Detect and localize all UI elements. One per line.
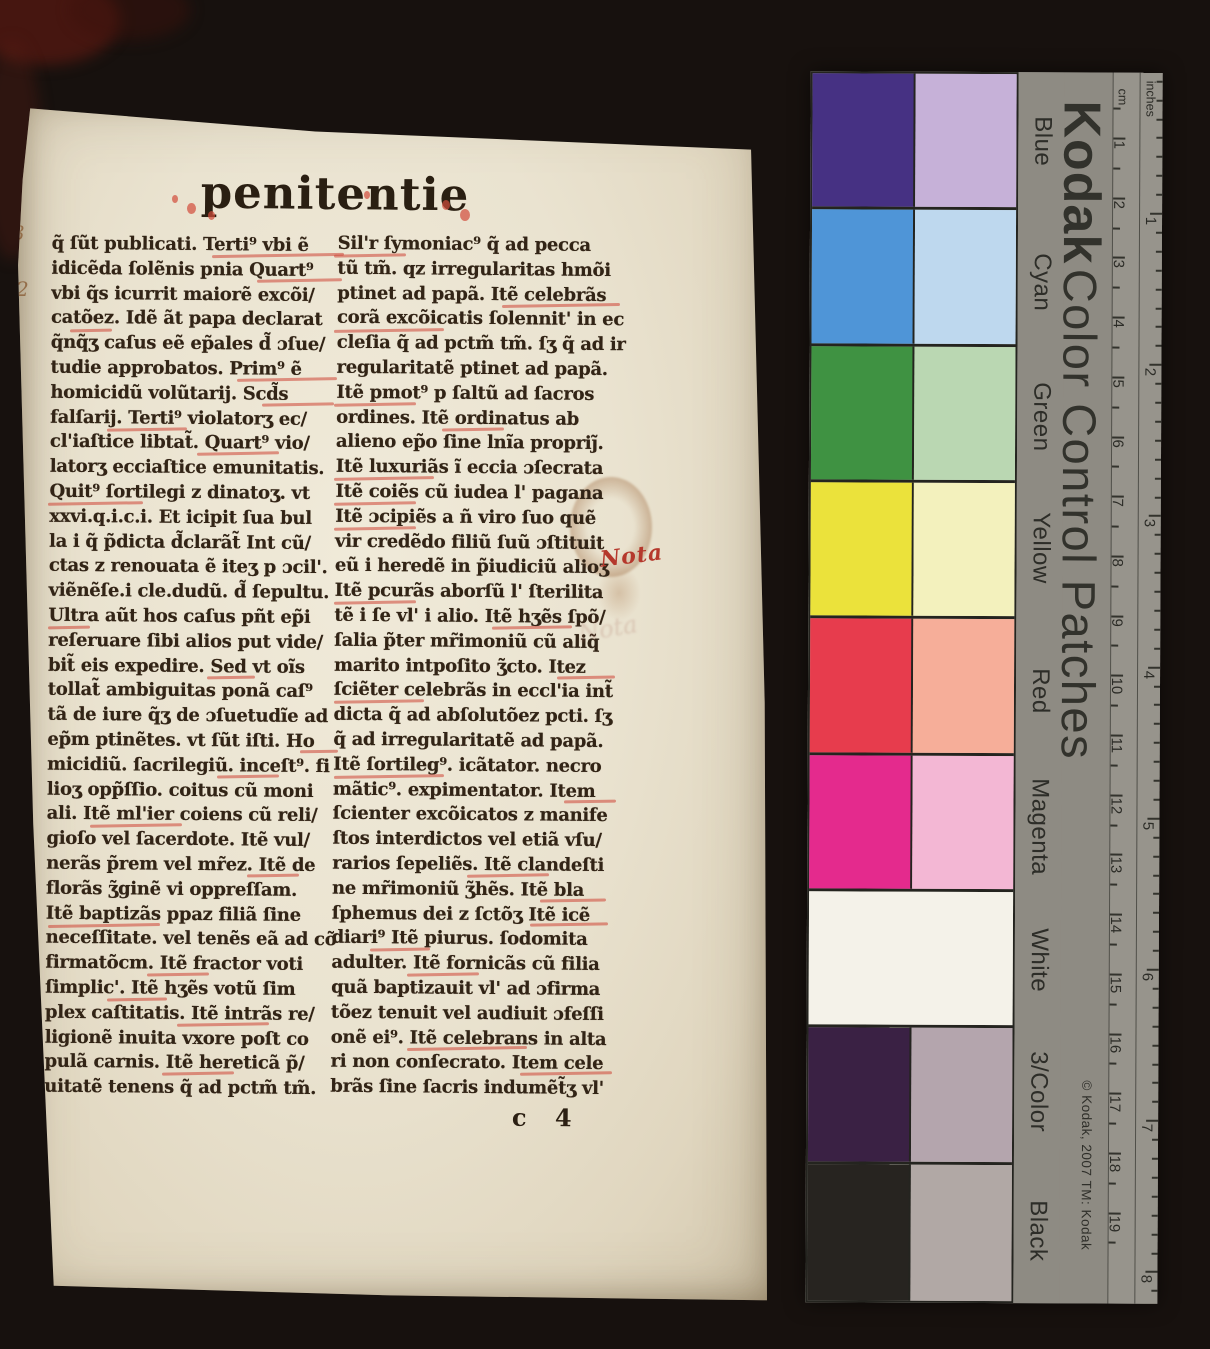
patch-row-3/color <box>808 1028 1013 1165</box>
inch-minor-tick <box>1156 288 1162 290</box>
cm-half-tick <box>1114 108 1121 110</box>
patch-dark <box>810 482 914 616</box>
cm-tick <box>1109 1033 1121 1035</box>
inch-minor-tick <box>1151 1290 1157 1292</box>
inch-tick <box>1149 364 1161 366</box>
cm-half-tick <box>1111 645 1118 647</box>
inches-label: inches <box>1143 81 1157 117</box>
inch-minor-tick <box>1154 591 1160 593</box>
inch-minor-tick <box>1156 118 1162 120</box>
cm-half-tick <box>1110 1003 1117 1005</box>
patch-label: Magenta <box>1025 779 1053 876</box>
cm-tick <box>1113 197 1125 199</box>
patch-light <box>911 1028 1013 1162</box>
inch-tick <box>1149 515 1161 517</box>
text-line: dicta q̃ ad abſolutõez pcti. ſʒ <box>333 703 633 730</box>
inch-tick <box>1147 969 1159 971</box>
text-line: alieno ep̃o ſine lnĩa proprij̃. <box>336 430 636 457</box>
inch-minor-tick <box>1157 99 1163 101</box>
text-line: neceſſitate. vel tenẽs eã ad cõ <box>46 926 346 953</box>
cm-half-tick <box>1112 406 1119 408</box>
cm-number: 7 <box>1109 499 1126 507</box>
inch-minor-tick <box>1152 1214 1158 1216</box>
inch-minor-tick <box>1155 496 1161 498</box>
inch-minor-tick <box>1152 1233 1158 1235</box>
patch-row-blue <box>812 73 1017 210</box>
patch-label: White <box>1025 928 1053 992</box>
cm-tick <box>1112 555 1124 557</box>
inch-minor-tick <box>1156 156 1162 158</box>
cm-tick <box>1112 436 1124 438</box>
patch-row-green <box>811 346 1016 483</box>
inch-minor-tick <box>1154 704 1160 706</box>
text-line: nerãs p̃rem vel mr̃ez. Itẽ de <box>46 852 346 879</box>
cm-number: 13 <box>1107 857 1124 874</box>
text-line: latorʒ ecciaſtice emunitatis. <box>50 455 350 482</box>
inch-minor-tick <box>1152 1139 1158 1141</box>
margin-number: 2 <box>16 277 29 301</box>
patch-row-magenta <box>809 755 1014 892</box>
patch-light <box>915 210 1017 344</box>
cm-number: 12 <box>1107 797 1124 814</box>
inch-minor-tick <box>1153 912 1159 914</box>
inch-tick <box>1146 1120 1158 1122</box>
manuscript-page: penitentie 3 2 q̃ ſũt publicati. Terti⁹ … <box>12 95 770 1310</box>
patch-light <box>912 755 1014 889</box>
cm-half-tick <box>1113 287 1120 289</box>
cm-tick <box>1111 794 1123 796</box>
cm-tick <box>1109 1212 1121 1214</box>
inch-minor-tick <box>1154 761 1160 763</box>
cm-number: 2 <box>1110 200 1127 208</box>
inch-tick <box>1148 666 1160 668</box>
cm-half-tick <box>1109 1123 1116 1125</box>
inch-minor-tick <box>1156 269 1162 271</box>
inch-minor-tick <box>1153 836 1159 838</box>
quire-signature: c 4 <box>512 1103 582 1133</box>
cm-half-tick <box>1112 346 1119 348</box>
inch-number: 7 <box>1138 1124 1155 1132</box>
kodak-title: Kodak Color Control Patches <box>1049 100 1112 760</box>
cm-number: 6 <box>1109 439 1126 447</box>
kodak-title-rest: Color Control Patches <box>1052 269 1107 760</box>
inch-minor-tick <box>1155 458 1161 460</box>
inch-minor-tick <box>1154 799 1160 801</box>
text-line: regularitatẽ ptinet ad papã. <box>336 356 636 383</box>
cm-tick <box>1113 317 1125 319</box>
cm-half-tick <box>1113 167 1120 169</box>
cm-number: 18 <box>1106 1155 1123 1172</box>
kodak-color-strip: BlueCyanGreenYellowRedMagentaWhite3/Colo… <box>805 71 1162 1304</box>
inch-minor-tick <box>1156 307 1162 309</box>
inch-minor-tick <box>1156 251 1162 253</box>
inch-minor-tick <box>1152 1044 1158 1046</box>
text-line: tõez tenuit vel audiuit ɔfeſſi <box>331 1000 631 1027</box>
text-line: la i q̃ p̃dicta d̃clarãt̃ Int cũ/ <box>49 529 349 556</box>
text-line: tollat̃ ambiguitas ponã caſ⁹ <box>48 678 348 705</box>
inch-minor-tick <box>1153 950 1159 952</box>
cm-tick <box>1110 914 1122 916</box>
cm-number: 14 <box>1107 917 1124 934</box>
patch-dark <box>809 755 913 889</box>
kodak-copyright: © Kodak, 2007 TM: Kodak <box>1079 1080 1095 1250</box>
text-line: vbi q̃s icurrit maiorẽ excõi/ <box>51 281 351 308</box>
cm-number: 1 <box>1110 141 1127 149</box>
cm-number: 3 <box>1110 260 1127 268</box>
text-line: adulter. Itẽ fornicãs cũ filia <box>331 951 631 978</box>
text-line: tũ tm̃. qz irregularitas hmõi <box>337 257 637 284</box>
cm-half-tick <box>1113 227 1120 229</box>
inch-minor-tick <box>1154 572 1160 574</box>
cm-number: 16 <box>1106 1036 1123 1053</box>
text-line: Ultra aũt hos caſus pñt ep̃i <box>48 604 348 631</box>
patch-row-black <box>807 1164 1012 1301</box>
inch-number: 8 <box>1137 1275 1154 1283</box>
patch-light <box>913 619 1015 753</box>
inch-minor-tick <box>1157 80 1163 82</box>
inch-minor-tick <box>1156 137 1162 139</box>
inch-minor-tick <box>1153 931 1159 933</box>
cm-number: 9 <box>1108 618 1125 626</box>
inch-minor-tick <box>1152 1158 1158 1160</box>
inch-minor-tick <box>1152 1177 1158 1179</box>
patch-dark <box>810 619 914 753</box>
patch-row-white <box>809 891 1014 1028</box>
patch-light <box>914 346 1016 480</box>
text-line: eũ i heredẽ in p̃iudiciũ alioʒ <box>335 554 635 581</box>
text-line: q̃ ad irregularitatẽ ad papã. <box>333 728 633 755</box>
text-line: tã de iure q̃ʒ de ɔſuetudĩe ad <box>47 703 347 730</box>
cm-number: 5 <box>1109 379 1126 387</box>
inch-minor-tick <box>1153 855 1159 857</box>
cm-number: 15 <box>1107 976 1124 993</box>
text-column-right: Sil'r ſymoniac⁹ q̃ ad peccatũ tm̃. qz ir… <box>330 232 638 1102</box>
ruler: cm inches 123456789101112131415161718191… <box>1107 73 1162 1304</box>
cm-number: 17 <box>1106 1096 1123 1113</box>
inch-minor-tick <box>1155 383 1161 385</box>
cm-number: 10 <box>1108 678 1125 695</box>
photograph: { "document": { "heading": "penitentie",… <box>0 0 1210 1349</box>
inch-tick <box>1147 818 1159 820</box>
patch-dark <box>812 73 916 207</box>
kodak-brand-column: Kodak Color Control Patches © Kodak, 200… <box>1059 72 1112 1303</box>
inch-minor-tick <box>1156 232 1162 234</box>
text-line: xxvi.q.i.c.i. Et icipit ſua bul <box>49 504 349 531</box>
patch-light <box>913 483 1015 617</box>
inch-minor-tick <box>1154 685 1160 687</box>
inch-minor-tick <box>1152 1082 1158 1084</box>
inch-minor-tick <box>1154 780 1160 782</box>
text-column-left: q̃ ſũt publicati. Terti⁹ vbi ẽidicẽda ſo… <box>44 232 352 1102</box>
inch-minor-tick <box>1153 1007 1159 1009</box>
inch-minor-tick <box>1155 553 1161 555</box>
cm-half-tick <box>1112 526 1119 528</box>
cm-tick <box>1113 138 1125 140</box>
inch-minor-tick <box>1156 175 1162 177</box>
inch-minor-tick <box>1152 1252 1158 1254</box>
red-ink-dot <box>364 191 370 199</box>
text-line: gioſo vel ſacerdote. Itẽ vul/ <box>46 827 346 854</box>
cm-number: 8 <box>1109 558 1126 566</box>
cm-half-tick <box>1111 585 1118 587</box>
text-line: viẽnẽſe.i cle.dudũ. d̃ ſepultu. <box>49 579 349 606</box>
cm-half-tick <box>1111 764 1118 766</box>
red-ink-dot <box>460 209 470 221</box>
inch-minor-tick <box>1155 440 1161 442</box>
inch-minor-tick <box>1153 988 1159 990</box>
text-line: quã baptizauit vl' ad ɔfirma <box>331 976 631 1003</box>
patch-label: Black <box>1023 1201 1051 1262</box>
inch-minor-tick <box>1156 194 1162 196</box>
cm-tick <box>1112 496 1124 498</box>
text-line: ligionẽ inuita vxore poſt co <box>45 1025 345 1052</box>
cm-half-tick <box>1109 1182 1116 1184</box>
cm-number: 19 <box>1106 1215 1123 1232</box>
text-line: brãs ſine ſacris indumẽt̃ʒ vl' <box>330 1075 630 1102</box>
inch-number: 4 <box>1140 670 1157 678</box>
cm-tick <box>1110 973 1122 975</box>
patch-row-cyan <box>811 210 1016 347</box>
cm-number: 4 <box>1110 320 1127 328</box>
inch-minor-tick <box>1154 610 1160 612</box>
text-line: ctas z renouata ẽ iteʒ p ɔcil'. <box>49 554 349 581</box>
patch-light <box>915 74 1017 208</box>
text-line: uitatẽ tenens q̃ ad pctm̃ tm̃. <box>44 1075 344 1102</box>
red-ink-dot <box>172 195 178 203</box>
patch-light <box>910 1164 1012 1301</box>
cm-half-tick <box>1112 466 1119 468</box>
text-line: ſimplic'. Itẽ hʒẽs votũ ſim <box>45 976 345 1003</box>
text-line: ſtos interdictos vel etiã vſu/ <box>332 827 632 854</box>
text-line: vir credẽdo filiũ ſuũ ɔſtituit <box>335 529 635 556</box>
patch-row-yellow <box>810 482 1015 619</box>
cm-half-tick <box>1109 1242 1116 1244</box>
inch-number: 1 <box>1142 217 1159 225</box>
color-patches <box>805 71 1018 1303</box>
inch-tick <box>1150 213 1162 215</box>
cm-half-tick <box>1110 824 1117 826</box>
inch-minor-tick <box>1152 1063 1158 1065</box>
inch-minor-tick <box>1153 874 1159 876</box>
patch-dark <box>812 210 916 344</box>
inch-minor-tick <box>1152 1196 1158 1198</box>
inch-number: 2 <box>1141 368 1158 376</box>
cm-tick <box>1111 735 1123 737</box>
red-ink-dot <box>187 203 196 214</box>
cm-half-tick <box>1110 943 1117 945</box>
inch-number: 5 <box>1139 821 1156 829</box>
patch-dark <box>807 1164 911 1301</box>
inch-minor-tick <box>1155 534 1161 536</box>
text-line: falſarij. Terti⁹ violatorʒ ec/ <box>50 405 350 432</box>
cm-half-tick <box>1109 1063 1116 1065</box>
cm-tick <box>1111 615 1123 617</box>
text-line: reſeruare ſibi alios put vide/ <box>48 628 348 655</box>
text-line: micidiũ. ſacrilegiũ. inceſt⁹. fi <box>47 752 347 779</box>
text-line: cleſia q̃ ad pctm̃ tm̃. ſʒ q̃ ad ir <box>337 331 637 358</box>
red-ink-dot <box>442 200 450 210</box>
text-line: lioʒ opp̃ſſio. coitus cũ moni <box>47 777 347 804</box>
ruler-divider <box>1134 73 1140 1304</box>
patch-label: 3/Color <box>1024 1051 1052 1132</box>
cm-half-tick <box>1110 884 1117 886</box>
inch-minor-tick <box>1153 893 1159 895</box>
inch-minor-tick <box>1154 723 1160 725</box>
patch-dark <box>808 1028 912 1162</box>
inch-number: 6 <box>1139 973 1156 981</box>
text-line: ſcienter excõicatos z manife <box>333 802 633 829</box>
cm-number: 11 <box>1108 738 1125 754</box>
inch-minor-tick <box>1154 742 1160 744</box>
cm-tick <box>1112 376 1124 378</box>
text-line: florãs ʒ̃ginẽ vi oppreſſam. <box>46 876 346 903</box>
text-line: q̃nq̃ʒ caſus eẽ ep̃ales d̃ ɔſue/ <box>51 331 351 358</box>
cm-label: cm <box>1116 89 1130 106</box>
inch-minor-tick <box>1153 1025 1159 1027</box>
inch-number: 3 <box>1141 519 1158 527</box>
cm-tick <box>1109 1152 1121 1154</box>
red-ink-dot <box>208 211 215 220</box>
inch-tick <box>1145 1271 1157 1273</box>
inch-minor-tick <box>1155 402 1161 404</box>
patch-row-red <box>810 619 1015 756</box>
cm-half-tick <box>1111 705 1118 707</box>
inch-minor-tick <box>1152 1101 1158 1103</box>
text-line: bit̃ eis expedire. Sed vt oĩs <box>48 653 348 680</box>
inch-minor-tick <box>1155 477 1161 479</box>
inch-minor-tick <box>1154 629 1160 631</box>
inch-minor-tick <box>1156 326 1162 328</box>
cm-tick <box>1109 1093 1121 1095</box>
inch-minor-tick <box>1155 421 1161 423</box>
patch-white <box>809 891 1014 1025</box>
inch-minor-tick <box>1155 345 1161 347</box>
inch-minor-tick <box>1154 647 1160 649</box>
kodak-wordmark: Kodak <box>1052 100 1111 264</box>
patch-dark <box>811 346 915 480</box>
